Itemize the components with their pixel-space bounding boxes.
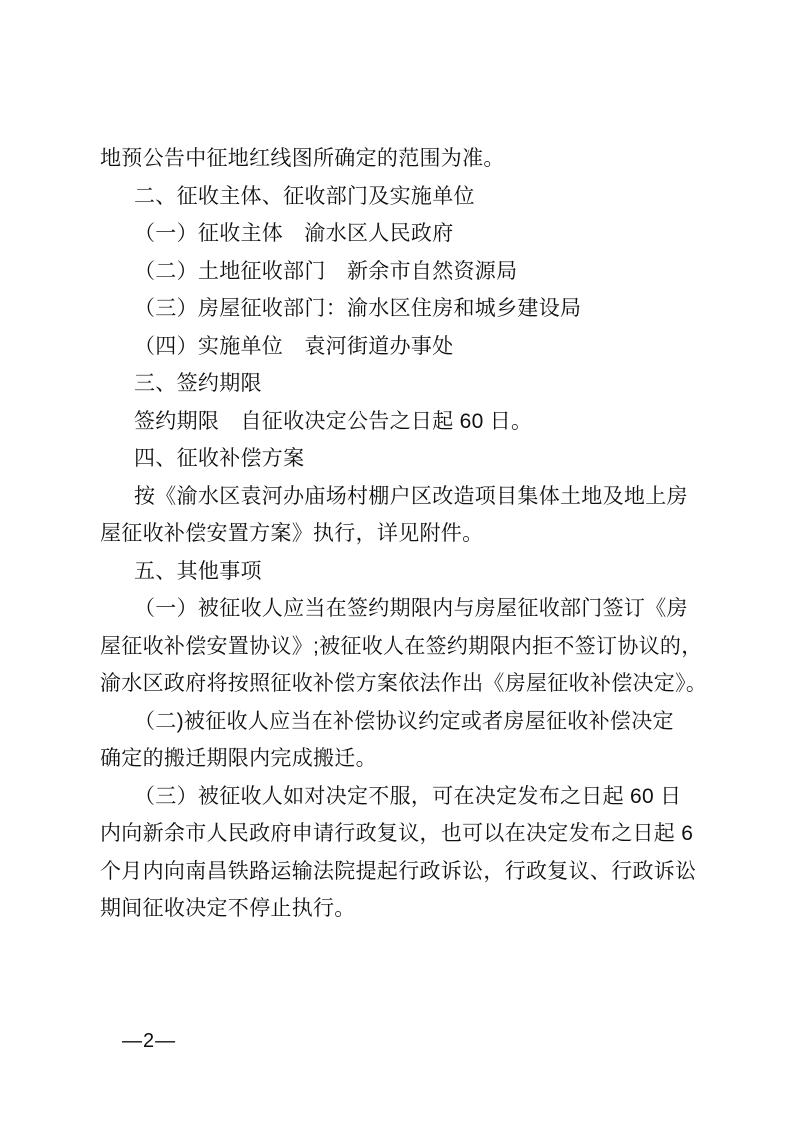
document-line: 屋征收补偿安置协议》;被征收人在签约期限内拒不签订协议的，: [100, 628, 706, 666]
document-line: 渝水区政府将按照征收补偿方案依法作出《房屋征收补偿决定》。: [100, 665, 706, 703]
document-line: 五、其他事项: [100, 553, 706, 591]
document-content: 地预公告中征地红线图所确定的范围为准。二、征收主体、征收部门及实施单位（一）征收…: [100, 140, 706, 928]
document-line: （二）土地征收部门 新余市自然资源局: [100, 253, 706, 291]
document-line: 个月内向南昌铁路运输法院提起行政诉讼，行政复议、行政诉讼: [100, 853, 706, 891]
document-line: 屋征收补偿安置方案》执行，详见附件。: [100, 515, 706, 553]
document-line: 四、征收补偿方案: [100, 440, 706, 478]
document-line: 按《渝水区袁河办庙场村棚户区改造项目集体土地及地上房: [100, 478, 706, 516]
document-line: （二)被征收人应当在补偿协议约定或者房屋征收补偿决定: [100, 703, 706, 741]
document-line: （一）被征收人应当在签约期限内与房屋征收部门签订《房: [100, 590, 706, 628]
document-line: 确定的搬迁期限内完成搬迁。: [100, 740, 706, 778]
document-line: （一）征收主体 渝水区人民政府: [100, 215, 706, 253]
document-line: （四）实施单位 袁河街道办事处: [100, 328, 706, 366]
page-number: —2—: [122, 1030, 176, 1053]
document-line: 三、签约期限: [100, 365, 706, 403]
document-line: （三）房屋征收部门：渝水区住房和城乡建设局: [100, 290, 706, 328]
document-line: （三）被征收人如对决定不服，可在决定发布之日起 60 日: [100, 778, 706, 816]
document-line: 期间征收决定不停止执行。: [100, 890, 706, 928]
document-line: 内向新余市人民政府申请行政复议，也可以在决定发布之日起 6: [100, 815, 706, 853]
document-line: 地预公告中征地红线图所确定的范围为准。: [100, 140, 706, 178]
document-line: 签约期限 自征收决定公告之日起 60 日。: [100, 403, 706, 441]
document-page: 地预公告中征地红线图所确定的范围为准。二、征收主体、征收部门及实施单位（一）征收…: [0, 0, 793, 1122]
document-line: 二、征收主体、征收部门及实施单位: [100, 178, 706, 216]
